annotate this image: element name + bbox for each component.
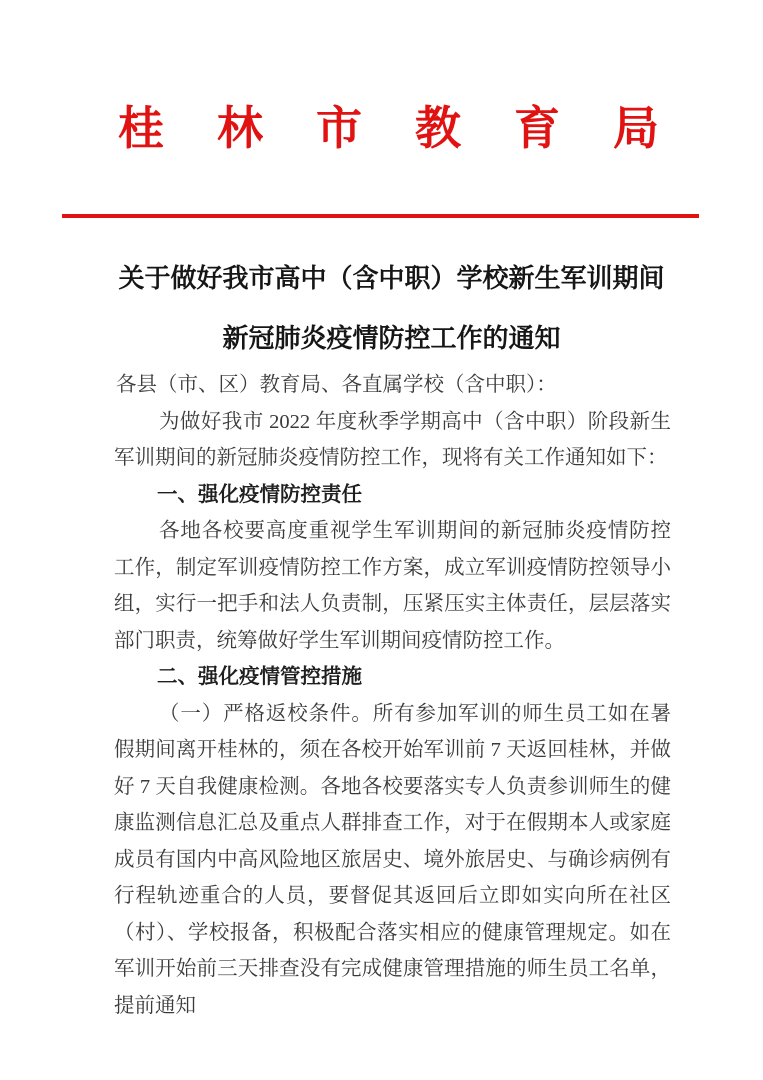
salutation-line: 各县（市、区）教育局、各直属学校（含中职）： [114,367,671,404]
document-page: 桂林市教育局 关于做好我市高中（含中职）学校新生军训期间 新冠肺炎疫情防控工作的… [0,0,763,1080]
document-title-line2: 新冠肺炎疫情防控工作的通知 [10,308,763,368]
section1-body-paragraph: 各地各校要高度重视学生军训期间的新冠肺炎疫情防控工作，制定军训疫情防控工作方案，… [114,513,671,659]
section2-item1-paragraph: （一）严格返校条件。所有参加军训的师生员工如在暑假期间离开桂林的，须在各校开始军… [114,696,671,1025]
document-body: 各县（市、区）教育局、各直属学校（含中职）： 为做好我市 2022 年度秋季学期… [114,367,671,1024]
section2-heading: 二、强化疫情管控措施 [114,659,671,696]
document-title-line1: 关于做好我市高中（含中职）学校新生军训期间 [10,248,763,308]
document-title: 关于做好我市高中（含中职）学校新生军训期间 新冠肺炎疫情防控工作的通知 [10,248,763,368]
section1-heading: 一、强化疫情防控责任 [114,477,671,514]
letterhead-divider-rule [62,214,699,218]
agency-letterhead-name: 桂林市教育局 [118,105,712,153]
intro-paragraph: 为做好我市 2022 年度秋季学期高中（含中职）阶段新生军训期间的新冠肺炎疫情防… [114,404,671,477]
